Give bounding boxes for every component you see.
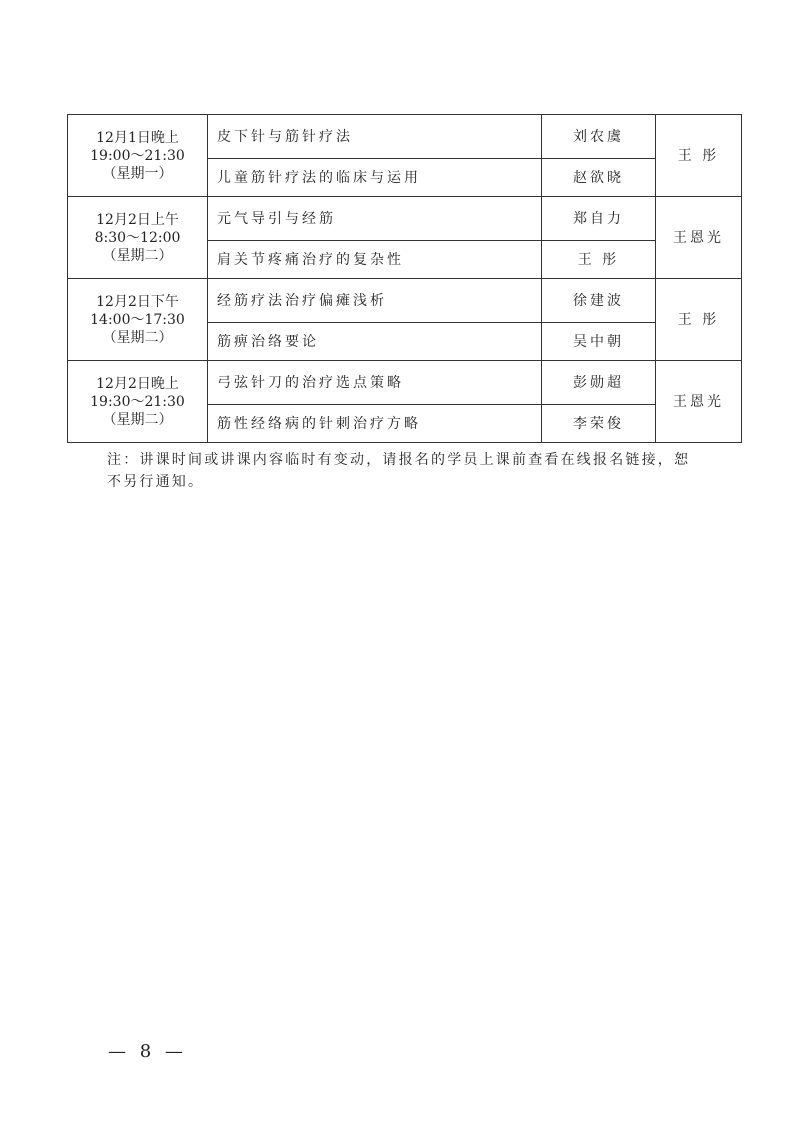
session-weekday: （星期一） (68, 165, 207, 183)
speaker-cell: 赵欲晓 (542, 159, 656, 197)
session-date: 12月1日晚上 (68, 129, 207, 147)
speaker-cell: 李荣俊 (542, 405, 656, 443)
session-date: 12月2日上午 (68, 211, 207, 229)
topic-cell: 元气导引与经筋 (208, 197, 542, 241)
speaker-cell: 彭勋超 (542, 361, 656, 405)
table-row: 12月2日晚上 19:30～21:30 （星期二） 弓弦针刀的治疗选点策略 彭勋… (68, 361, 742, 405)
topic-cell: 筋痹治络要论 (208, 323, 542, 361)
page-number: — 8 — (108, 1041, 187, 1062)
table-row: 12月1日晚上 19:00～21:30 （星期一） 皮下针与筋针疗法 刘农虞 王… (68, 115, 742, 159)
session-time: 14:00～17:30 (68, 311, 207, 329)
time-cell: 12月2日晚上 19:30～21:30 （星期二） (68, 361, 208, 443)
session-weekday: （星期二） (68, 329, 207, 347)
session-time: 19:00～21:30 (68, 147, 207, 165)
speaker-cell: 王 彤 (542, 241, 656, 279)
speaker-cell: 刘农虞 (542, 115, 656, 159)
topic-cell: 皮下针与筋针疗法 (208, 115, 542, 159)
schedule-note: 注：讲课时间或讲课内容临时有变动，请报名的学员上课前查看在线报名链接，恕 不另行… (107, 449, 727, 493)
speaker-cell: 郑自力 (542, 197, 656, 241)
note-line-1: 注：讲课时间或讲课内容临时有变动，请报名的学员上课前查看在线报名链接，恕 (107, 449, 727, 471)
session-weekday: （星期二） (68, 247, 207, 265)
session-time: 19:30～21:30 (68, 393, 207, 411)
host-cell: 王恩光 (656, 197, 742, 279)
topic-cell: 肩关节疼痛治疗的复杂性 (208, 241, 542, 279)
table-row: 12月2日上午 8:30～12:00 （星期二） 元气导引与经筋 郑自力 王恩光 (68, 197, 742, 241)
speaker-cell: 徐建波 (542, 279, 656, 323)
host-cell: 王 彤 (656, 279, 742, 361)
session-date: 12月2日晚上 (68, 375, 207, 393)
session-date: 12月2日下午 (68, 293, 207, 311)
time-cell: 12月2日下午 14:00～17:30 （星期二） (68, 279, 208, 361)
host-cell: 王 彤 (656, 115, 742, 197)
topic-cell: 经筋疗法治疗偏瘫浅析 (208, 279, 542, 323)
time-cell: 12月2日上午 8:30～12:00 （星期二） (68, 197, 208, 279)
speaker-cell: 吴中朝 (542, 323, 656, 361)
topic-cell: 筋性经络病的针刺治疗方略 (208, 405, 542, 443)
document-page: 12月1日晚上 19:00～21:30 （星期一） 皮下针与筋针疗法 刘农虞 王… (0, 0, 800, 1131)
session-time: 8:30～12:00 (68, 229, 207, 247)
topic-cell: 儿童筋针疗法的临床与运用 (208, 159, 542, 197)
table-row: 12月2日下午 14:00～17:30 （星期二） 经筋疗法治疗偏瘫浅析 徐建波… (68, 279, 742, 323)
schedule-table: 12月1日晚上 19:00～21:30 （星期一） 皮下针与筋针疗法 刘农虞 王… (67, 114, 742, 443)
host-cell: 王恩光 (656, 361, 742, 443)
topic-cell: 弓弦针刀的治疗选点策略 (208, 361, 542, 405)
note-line-2: 不另行通知。 (107, 471, 727, 493)
time-cell: 12月1日晚上 19:00～21:30 （星期一） (68, 115, 208, 197)
session-weekday: （星期二） (68, 411, 207, 429)
